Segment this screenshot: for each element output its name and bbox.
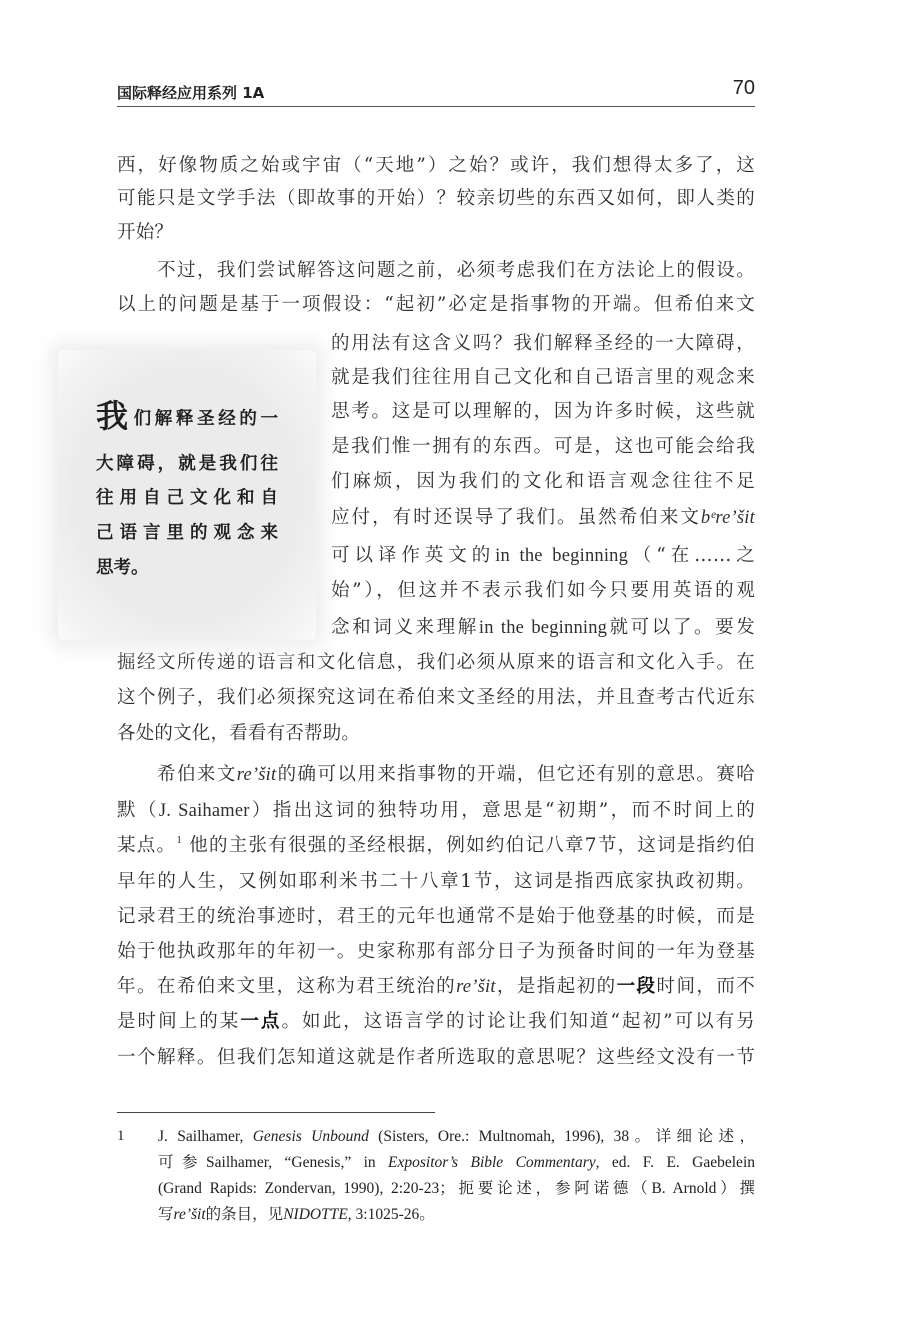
hebrew-term: bᵉre’šit [701, 508, 755, 528]
text-run: 就可以了。要发 [607, 617, 755, 638]
english-phrase: in the beginning [495, 546, 628, 566]
pull-quote-line: 往用自己文化和自 [96, 486, 278, 510]
body-line: 可能只是文学手法（即故事的开始）？较亲切些的东西又如何，即人类的 [117, 187, 755, 211]
person-name: J. Saihamer [159, 801, 250, 821]
body-line: 早年的人生，又例如耶利米书二十八章1节，这词是指西底家执政初期。 [117, 870, 755, 894]
footnote-divider [117, 1112, 435, 1113]
text-run: 他的主张有很强的圣经根据，例如约伯记八章7节，这词是指约伯 [182, 835, 755, 856]
body-line: 西，好像物质之始或宇宙（“天地”）之始？或许，我们想得太多了，这 [117, 154, 755, 178]
body-line: 可以译作英文的in the beginning（“在……之 [331, 544, 755, 568]
emphasis: 一点 [240, 1011, 281, 1032]
body-line: 思考。这是可以理解的，因为许多时候，这些就 [331, 400, 755, 424]
pull-quote-line: 我们解释圣经的一 [96, 404, 278, 431]
text-run: 可以译作英文的 [331, 545, 495, 566]
text-run: 年。在希伯来文里，这称为君王统治的 [117, 976, 456, 997]
text-run: ，是指起初的 [496, 976, 617, 997]
text-run: 的确可以用来指事物的开端，但它还有别的意思。赛哈 [276, 764, 755, 785]
page-number: 70 [733, 77, 755, 100]
text-run: , 3:1025-26。 [348, 1206, 435, 1223]
body-line: 是我们惟一拥有的东西。可是，这也可能会给我 [331, 435, 755, 459]
emphasis: 一段 [617, 976, 657, 997]
body-line: 一个解释。但我们怎知道这就是作者所选取的意思呢？这些经文没有一节 [117, 1046, 755, 1070]
text-run: J. Sailhamer, [158, 1128, 253, 1145]
drop-cap: 我 [96, 397, 132, 435]
body-line: 以上的问题是基于一项假设：“起初”必定是指事物的开端。但希伯来文 [117, 293, 755, 317]
text-run: 可参Sailhamer, “Genesis,” in [158, 1154, 388, 1171]
body-line: 不过，我们尝试解答这问题之前，必须考虑我们在方法论上的假设。 [157, 259, 755, 283]
footnote-line: J. Sailhamer, Genesis Unbound (Sisters, … [158, 1127, 755, 1147]
text-run: 写 [158, 1206, 174, 1223]
pull-quote-line: 大障碍，就是我们往 [96, 452, 278, 476]
text-run: (Sisters, Ore.: Multnomah, 1996), 38。详细论… [369, 1128, 755, 1145]
text-run: 应付，有时还误导了我们。虽然希伯来文 [331, 507, 701, 528]
series-title: 国际释经应用系列 1A [117, 82, 264, 103]
text-run: 的条目，见 [206, 1206, 284, 1223]
pull-quote-line: 思考。 [96, 556, 278, 580]
body-line: 这个例子，我们必须探究这词在希伯来文圣经的用法，并且查考古代近东 [117, 686, 755, 710]
footnote-line: (Grand Rapids: Zondervan, 1990), 2:20-23… [158, 1179, 755, 1199]
text-run: 希伯来文 [157, 764, 237, 785]
body-line: 记录君王的统治事迹时，君王的元年也通常不是始于他登基的时候，而是 [117, 905, 755, 929]
text-run: 是时间上的某 [117, 1011, 240, 1032]
text-run: 。如此，这语言学的讨论让我们知道“起初”可以有另 [282, 1011, 756, 1032]
reference-work: NIDOTTE [283, 1206, 348, 1223]
body-line: 掘经文所传递的语言和文化信息，我们必须从原来的语言和文化入手。在 [117, 651, 755, 675]
text-run: ）指出这词的独特功用，意思是“初期”，而不时间上的 [250, 800, 755, 821]
body-line: 应付，有时还误导了我们。虽然希伯来文bᵉre’šit [331, 506, 755, 530]
body-line: 始于他执政那年的年初一。史家称那有部分日子为预备时间的一年为登基 [117, 940, 755, 964]
footnote-line: 可参Sailhamer, “Genesis,” in Expositor’s B… [158, 1153, 755, 1173]
english-phrase: in the beginning [479, 618, 607, 638]
hebrew-term: re’šit [174, 1206, 206, 1223]
body-line: 是时间上的某一点。如此，这语言学的讨论让我们知道“起初”可以有另 [117, 1010, 755, 1034]
body-line: 就是我们往往用自己文化和自己语言里的观念来 [331, 366, 755, 390]
body-line: 念和词义来理解in the beginning就可以了。要发 [331, 616, 755, 640]
body-line: 希伯来文re’šit的确可以用来指事物的开端，但它还有别的意思。赛哈 [157, 763, 755, 787]
hebrew-term: re’šit [237, 765, 277, 785]
text-run: 念和词义来理解 [331, 617, 479, 638]
text-run: 默（ [117, 800, 159, 821]
footnote-line: 写re’šit的条目，见NIDOTTE, 3:1025-26。 [158, 1205, 755, 1225]
body-line: 年。在希伯来文里，这称为君王统治的re’šit，是指起初的一段时间，而不 [117, 975, 755, 999]
footnote-number: 1 [117, 1128, 125, 1145]
body-line: 各处的文化，看看有否帮助。 [117, 722, 755, 746]
body-line: 默（J. Saihamer）指出这词的独特功用，意思是“初期”，而不时间上的 [117, 799, 755, 823]
running-header: 国际释经应用系列 1A 70 [117, 80, 755, 107]
body-line: 开始？ [117, 221, 755, 245]
pull-quote-line: 己语言里的观念来 [96, 521, 278, 545]
body-line: 的用法有这含义吗？我们解释圣经的一大障碍， [331, 332, 755, 356]
book-title: Genesis Unbound [253, 1128, 369, 1145]
text-run: （“在……之 [628, 545, 755, 566]
text-run: , ed. F. E. Gaebelein [596, 1154, 755, 1171]
text-run: 们解释圣经的一 [134, 409, 278, 429]
text-run: 某点。 [117, 835, 176, 856]
book-title: Expositor’s Bible Commentary [388, 1154, 596, 1171]
hebrew-term: re’šit [456, 977, 496, 997]
body-line: 们麻烦，因为我们的文化和语言观念往往不足 [331, 470, 755, 494]
body-line: 某点。1 他的主张有很强的圣经根据，例如约伯记八章7节，这词是指约伯 [117, 834, 755, 858]
text-run: 时间，而不 [657, 976, 756, 997]
body-line: 始”），但这并不表示我们如今只要用英语的观 [331, 579, 755, 603]
